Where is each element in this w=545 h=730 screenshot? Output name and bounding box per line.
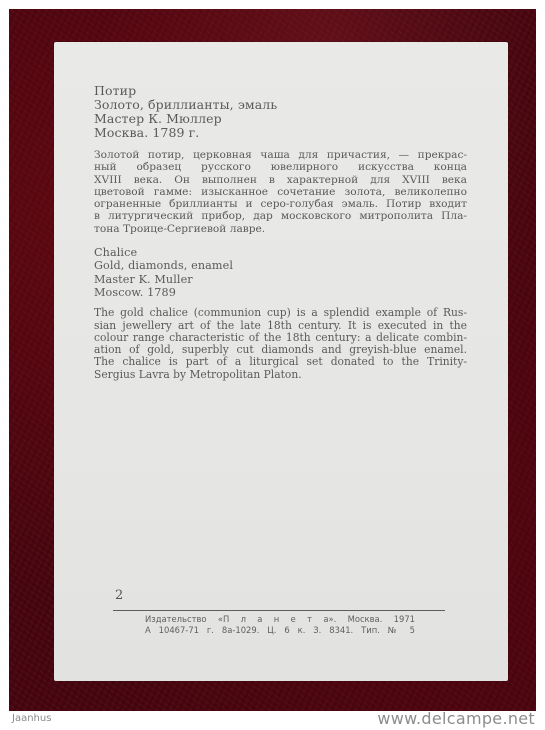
russian-title: Потир: [94, 84, 467, 98]
english-description-line: sian jewellery art of the late 18th cent…: [94, 320, 467, 332]
english-title: Chalice: [94, 246, 467, 259]
english-master: Master K. Muller: [94, 273, 467, 286]
russian-materials: Золото, бриллианты, эмаль: [94, 98, 467, 112]
russian-description-line: Золотой потир, церковная чаша для причас…: [94, 149, 467, 161]
page-number: 2: [115, 588, 123, 603]
postcard-back: Потир Золото, бриллианты, эмаль Мастер К…: [54, 42, 508, 681]
imprint-print-details-line: А 10467-71 г. 8а-1029. Ц. 6 к. З. 8341. …: [145, 625, 415, 636]
russian-description-line: цветовой гамме: изысканное сочетание зол…: [94, 186, 467, 198]
russian-place-date: Москва. 1789 г.: [94, 126, 467, 140]
russian-description-line: в литургический прибор, дар московского …: [94, 210, 467, 222]
russian-description-line: тона Троице-Сергиевой лавре.: [94, 223, 467, 235]
english-description-line: The gold chalice (communion cup) is a sp…: [94, 307, 467, 319]
russian-description-line: XVIII века. Он выполнен в характерной дл…: [94, 174, 467, 186]
english-description: The gold chalice (communion cup) is a sp…: [94, 307, 467, 381]
english-description-line: The chalice is part of a liturgical set …: [94, 356, 467, 368]
footer-divider: [113, 610, 445, 611]
russian-description-line: ный образец русского ювелирного искусств…: [94, 161, 467, 173]
card-content: Потир Золото, бриллианты, эмаль Мастер К…: [94, 84, 467, 381]
english-place-date: Moscow. 1789: [94, 286, 467, 299]
site-watermark: www.delcampe.net: [377, 709, 535, 728]
russian-description-line: ограненные бриллианты и серо-голубая эма…: [94, 198, 467, 210]
seller-watermark: Jaanhus: [12, 713, 51, 724]
english-materials: Gold, diamonds, enamel: [94, 259, 467, 272]
russian-title-block: Потир Золото, бриллианты, эмаль Мастер К…: [94, 84, 467, 140]
english-description-line: Sergius Lavra by Metropolitan Platon.: [94, 369, 467, 381]
imprint-publisher-line: Издательство «П л а н е т а». Москва. 19…: [145, 614, 415, 625]
english-title-block: Chalice Gold, diamonds, enamel Master K.…: [94, 246, 467, 299]
russian-master: Мастер К. Мюллер: [94, 112, 467, 126]
publisher-imprint: Издательство «П л а н е т а». Москва. 19…: [145, 614, 415, 635]
russian-description: Золотой потир, церковная чаша для причас…: [94, 149, 467, 235]
